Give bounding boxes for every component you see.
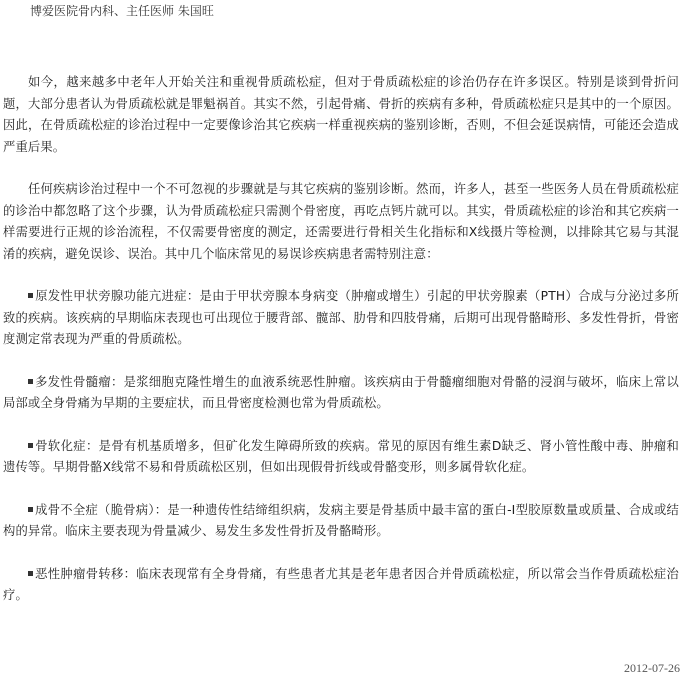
square-bullet-icon [28,293,33,298]
paragraph-text: 成骨不全症（脆骨病）：是一种遗传性结缔组织病，发病主要是骨基质中最丰富的蛋白-I… [3,503,679,539]
paragraph-text: 任何疾病诊治过程中一个不可忽视的步骤就是与其它疾病的鉴别诊断。然而，许多人，甚至… [3,182,679,261]
square-bullet-icon [28,507,33,512]
article-author: 博爱医院骨内科、主任医师 朱国旺 [30,3,214,19]
paragraph-text: 多发性骨髓瘤：是浆细胞克隆性增生的血液系统恶性肿瘤。该疾病由于骨髓瘤细胞对骨骼的… [3,375,679,411]
paragraph-differential-diagnosis: 任何疾病诊治过程中一个不可忽视的步骤就是与其它疾病的鉴别诊断。然而，许多人，甚至… [3,179,679,265]
paragraph-intro: 如今，越来越多中老年人开始关注和重视骨质疏松症，但对于骨质疏松症的诊治仍存在许多… [3,72,679,158]
paragraph-text: 如今，越来越多中老年人开始关注和重视骨质疏松症，但对于骨质疏松症的诊治仍存在许多… [3,75,679,154]
paragraph-text: 恶性肿瘤骨转移：临床表现常有全身骨痛，有些患者尤其是老年患者因合并骨质疏松症，所… [3,567,679,603]
square-bullet-icon [28,571,33,576]
publish-date: 2012-07-26 [624,661,680,675]
paragraph-text: 骨软化症：是骨有机基质增多，但矿化发生障碍所致的疾病。常见的原因有维生素D缺乏、… [3,439,679,475]
square-bullet-icon [28,379,33,384]
paragraph-hyperparathyroidism: 原发性甲状旁腺功能亢进症：是由于甲状旁腺本身病变（肿瘤或增生）引起的甲状旁腺素（… [3,286,679,351]
paragraph-osteomalacia: 骨软化症：是骨有机基质增多，但矿化发生障碍所致的疾病。常见的原因有维生素D缺乏、… [3,436,679,479]
paragraph-bone-metastasis: 恶性肿瘤骨转移：临床表现常有全身骨痛，有些患者尤其是老年患者因合并骨质疏松症，所… [3,564,679,607]
article-body: 如今，越来越多中老年人开始关注和重视骨质疏松症，但对于骨质疏松症的诊治仍存在许多… [3,72,679,607]
paragraph-multiple-myeloma: 多发性骨髓瘤：是浆细胞克隆性增生的血液系统恶性肿瘤。该疾病由于骨髓瘤细胞对骨骼的… [3,372,679,415]
paragraph-text: 原发性甲状旁腺功能亢进症：是由于甲状旁腺本身病变（肿瘤或增生）引起的甲状旁腺素（… [3,289,679,346]
square-bullet-icon [28,443,33,448]
paragraph-osteogenesis-imperfecta: 成骨不全症（脆骨病）：是一种遗传性结缔组织病，发病主要是骨基质中最丰富的蛋白-I… [3,500,679,543]
